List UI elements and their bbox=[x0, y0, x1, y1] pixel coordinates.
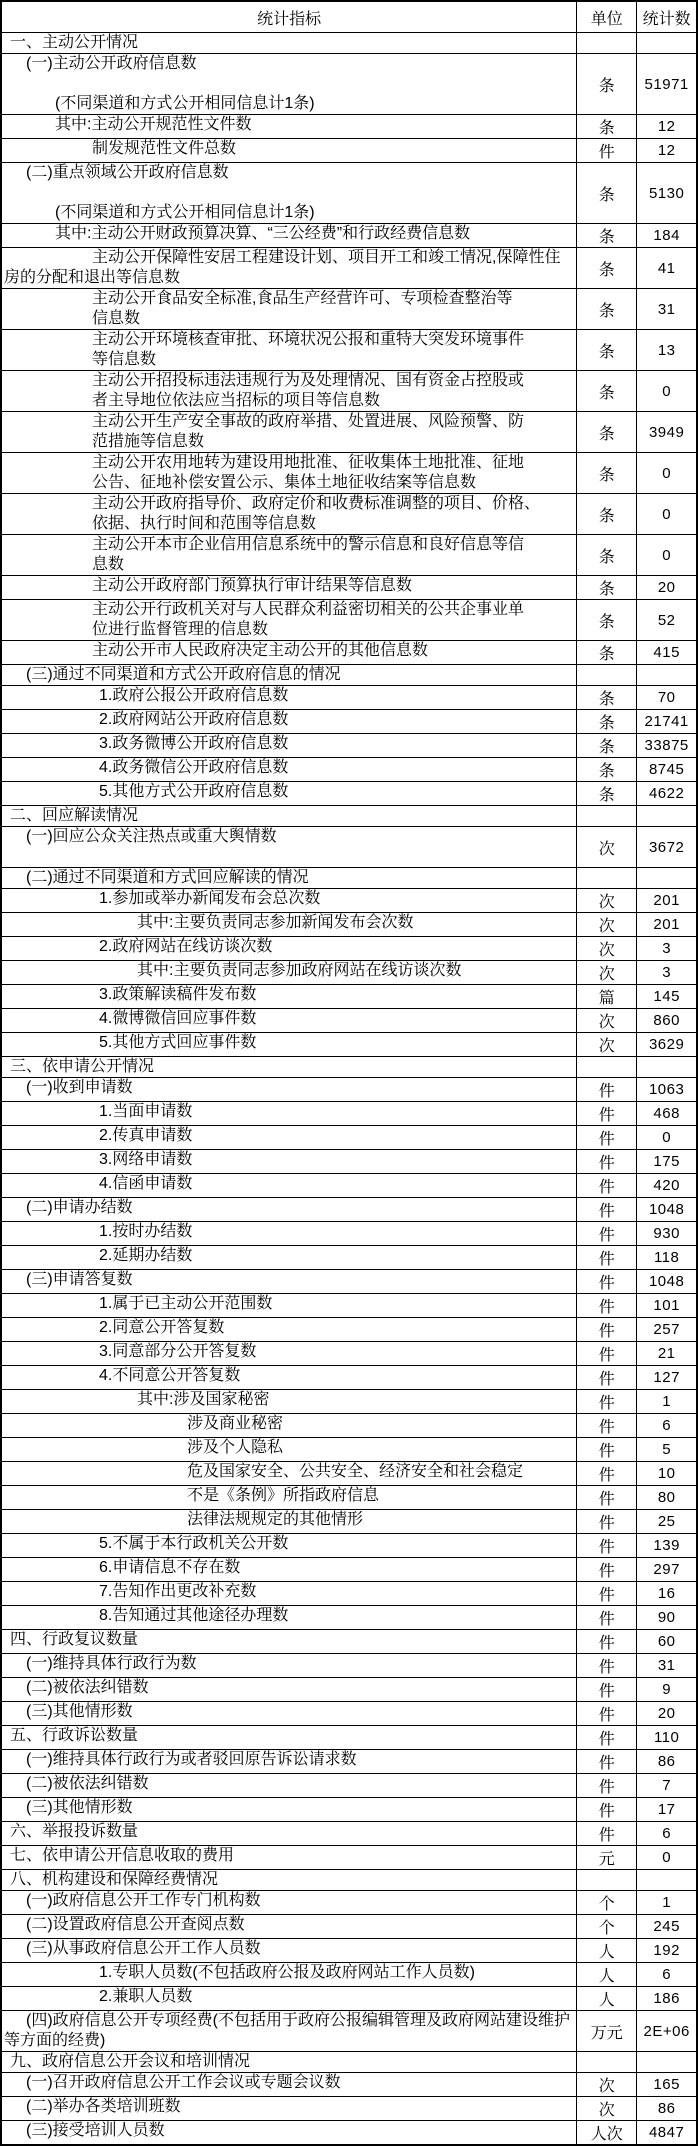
indicator-line: (二)举办各类培训班数 bbox=[2, 2097, 576, 2117]
indicator-line: (三)其他情形数 bbox=[2, 1702, 576, 1722]
statistics-report: 统计指标 单位 统计数 一、主动公开情况(一)主动公开政府信息数(不同渠道和方式… bbox=[0, 0, 698, 2146]
unit-cell bbox=[577, 2052, 637, 2073]
table-row: 主动公开市人民政府决定主动公开的其他信息数条415 bbox=[1, 641, 697, 665]
indicator-line: 1.政府公报公开政府信息数 bbox=[2, 686, 576, 706]
value-cell: 5 bbox=[637, 1438, 697, 1462]
indicator-line: (三)接受培训人员数 bbox=[2, 2121, 576, 2141]
unit-cell bbox=[577, 1057, 637, 1078]
table-row: 二、回应解读情况 bbox=[1, 806, 697, 827]
indicator-line: 主动公开市人民政府决定主动公开的其他信息数 bbox=[2, 641, 576, 661]
unit-cell: 条 bbox=[577, 576, 637, 600]
indicator-line: 2.传真申请数 bbox=[2, 1126, 576, 1146]
indicator-line: (一)回应公众关注热点或重大舆情数 bbox=[2, 827, 576, 847]
indicator-line: 主动公开行政机关对与人民群众利益密切相关的公共企事业单 bbox=[2, 600, 576, 620]
table-row: 九、政府信息公开会议和培训情况 bbox=[1, 2052, 697, 2073]
unit-cell: 条 bbox=[577, 758, 637, 782]
indicator-cell: (一)召开政府信息公开工作会议或专题会议数 bbox=[1, 2073, 577, 2097]
table-row: (一)维持具体行政行为或者驳回原告诉讼请求数件86 bbox=[1, 1750, 697, 1774]
indicator-line: 2.延期办结数 bbox=[2, 1246, 576, 1266]
value-cell: 0 bbox=[637, 1846, 697, 1870]
indicator-cell: 主动公开食品安全标准,食品生产经营许可、专项检查整治等信息数 bbox=[1, 289, 577, 330]
indicator-cell: 其中:主要负责同志参加政府网站在线访谈次数 bbox=[1, 961, 577, 985]
value-cell: 1048 bbox=[637, 1198, 697, 1222]
indicator-line: 4.微博微信回应事件数 bbox=[2, 1009, 576, 1029]
indicator-line: 6.申请信息不存在数 bbox=[2, 1558, 576, 1578]
value-cell: 52 bbox=[637, 600, 697, 641]
value-cell: 21 bbox=[637, 1342, 697, 1366]
indicator-line: 5.其他方式回应事件数 bbox=[2, 1033, 576, 1053]
indicator-line: (一)召开政府信息公开工作会议或专题会议数 bbox=[2, 2073, 576, 2093]
unit-cell: 件 bbox=[577, 1534, 637, 1558]
indicator-line: 主动公开保障性安居工程建设计划、项目开工和竣工情况,保障性住 bbox=[2, 248, 576, 268]
indicator-cell: 4.微博微信回应事件数 bbox=[1, 1009, 577, 1033]
indicator-cell: 2.同意公开答复数 bbox=[1, 1318, 577, 1342]
value-cell: 90 bbox=[637, 1606, 697, 1630]
table-row: 1.当面申请数件468 bbox=[1, 1102, 697, 1126]
value-cell: 139 bbox=[637, 1534, 697, 1558]
table-row: (二)举办各类培训班数次86 bbox=[1, 2097, 697, 2121]
unit-cell: 条 bbox=[577, 535, 637, 576]
indicator-line: 涉及个人隐私 bbox=[2, 1438, 576, 1458]
indicator-cell: 3.政策解读稿件发布数 bbox=[1, 985, 577, 1009]
unit-cell: 件 bbox=[577, 1438, 637, 1462]
indicator-cell: 1.专职人员数(不包括政府公报及政府网站工作人员数) bbox=[1, 1963, 577, 1987]
indicator-cell: 三、依申请公开情况 bbox=[1, 1057, 577, 1078]
indicator-line: 其中:主动公开规范性文件数 bbox=[2, 115, 576, 135]
value-cell: 0 bbox=[637, 1126, 697, 1150]
value-cell: 1 bbox=[637, 1891, 697, 1915]
value-cell: 201 bbox=[637, 913, 697, 937]
table-row: (二)被依法纠错数件7 bbox=[1, 1774, 697, 1798]
unit-cell: 人 bbox=[577, 1987, 637, 2011]
indicator-cell: (二)申请办结数 bbox=[1, 1198, 577, 1222]
indicator-line: 一、主动公开情况 bbox=[2, 33, 576, 53]
header-row: 统计指标 单位 统计数 bbox=[1, 1, 697, 33]
indicator-line: 4.信函申请数 bbox=[2, 1174, 576, 1194]
value-cell: 192 bbox=[637, 1939, 697, 1963]
unit-cell: 万元 bbox=[577, 2011, 637, 2052]
unit-cell: 件 bbox=[577, 1702, 637, 1726]
indicator-line: 其中:主要负责同志参加新闻发布会次数 bbox=[2, 913, 576, 933]
indicator-line: (三)申请答复数 bbox=[2, 1270, 576, 1290]
indicator-line: 1.属于已主动公开范围数 bbox=[2, 1294, 576, 1314]
indicator-line: 其中:主动公开财政预算决算、“三公经费”和行政经费信息数 bbox=[2, 224, 576, 244]
value-cell: 145 bbox=[637, 985, 697, 1009]
indicator-line: 制发规范性文件总数 bbox=[2, 139, 576, 159]
indicator-cell: 1.参加或举办新闻发布会总次数 bbox=[1, 889, 577, 913]
header-count: 统计数 bbox=[637, 1, 697, 33]
table-row: 5.其他方式公开政府信息数条4622 bbox=[1, 782, 697, 806]
unit-cell: 条 bbox=[577, 494, 637, 535]
table-row: (一)主动公开政府信息数(不同渠道和方式公开相同信息计1条)条51971 bbox=[1, 54, 697, 115]
table-row: 其中:主动公开规范性文件数条12 bbox=[1, 115, 697, 139]
indicator-cell: 5.其他方式回应事件数 bbox=[1, 1033, 577, 1057]
indicator-line: 者主导地位依法应当招标的项目等信息数 bbox=[2, 391, 576, 411]
indicator-cell: (一)收到申请数 bbox=[1, 1078, 577, 1102]
unit-cell: 条 bbox=[577, 115, 637, 139]
indicator-cell: 主动公开政府部门预算执行审计结果等信息数 bbox=[1, 576, 577, 600]
indicator-line: 公告、征地补偿安置公示、集体土地征收结案等信息数 bbox=[2, 473, 576, 493]
table-row: (三)从事政府信息公开工作人员数人192 bbox=[1, 1939, 697, 1963]
indicator-cell: (二)被依法纠错数 bbox=[1, 1774, 577, 1798]
table-row: 涉及个人隐私件5 bbox=[1, 1438, 697, 1462]
value-cell: 297 bbox=[637, 1558, 697, 1582]
table-row: (二)设置政府信息公开查阅点数个245 bbox=[1, 1915, 697, 1939]
unit-cell: 件 bbox=[577, 1510, 637, 1534]
value-cell: 930 bbox=[637, 1222, 697, 1246]
table-row: 8.告知通过其他途径办理数件90 bbox=[1, 1606, 697, 1630]
indicator-cell: (三)从事政府信息公开工作人员数 bbox=[1, 1939, 577, 1963]
indicator-line: 5.不属于本行政机关公开数 bbox=[2, 1534, 576, 1554]
value-cell bbox=[637, 1057, 697, 1078]
indicator-cell: 法律法规规定的其他情形 bbox=[1, 1510, 577, 1534]
indicator-cell: 2.兼职人员数 bbox=[1, 1987, 577, 2011]
indicator-line: (二)被依法纠错数 bbox=[2, 1678, 576, 1698]
indicator-line: (二)重点领域公开政府信息数 bbox=[2, 163, 576, 183]
indicator-cell: 2.政府网站在线访谈次数 bbox=[1, 937, 577, 961]
unit-cell: 条 bbox=[577, 734, 637, 758]
unit-cell: 件 bbox=[577, 1678, 637, 1702]
stats-table: 统计指标 单位 统计数 一、主动公开情况(一)主动公开政府信息数(不同渠道和方式… bbox=[0, 0, 698, 2146]
indicator-line: 3.同意部分公开答复数 bbox=[2, 1342, 576, 1362]
value-cell: 6 bbox=[637, 1414, 697, 1438]
value-cell: 86 bbox=[637, 1750, 697, 1774]
unit-cell: 个 bbox=[577, 1891, 637, 1915]
table-row: 主动公开食品安全标准,食品生产经营许可、专项检查整治等信息数条31 bbox=[1, 289, 697, 330]
indicator-line: (不同渠道和方式公开相同信息计1条) bbox=[2, 203, 576, 223]
value-cell bbox=[637, 665, 697, 686]
table-row: 七、依申请公开信息收取的费用元0 bbox=[1, 1846, 697, 1870]
table-row: 1.参加或举办新闻发布会总次数次201 bbox=[1, 889, 697, 913]
indicator-cell: (二)通过不同渠道和方式回应解读的情况 bbox=[1, 868, 577, 889]
unit-cell: 件 bbox=[577, 1822, 637, 1846]
value-cell: 118 bbox=[637, 1246, 697, 1270]
table-row: 其中:涉及国家秘密件1 bbox=[1, 1390, 697, 1414]
value-cell: 0 bbox=[637, 371, 697, 412]
indicator-cell: (二)重点领域公开政府信息数(不同渠道和方式公开相同信息计1条) bbox=[1, 163, 577, 224]
indicator-cell: 4.信函申请数 bbox=[1, 1174, 577, 1198]
value-cell: 60 bbox=[637, 1630, 697, 1654]
unit-cell: 次 bbox=[577, 913, 637, 937]
table-row: 八、机构建设和保障经费情况 bbox=[1, 1870, 697, 1891]
value-cell: 17 bbox=[637, 1798, 697, 1822]
value-cell: 110 bbox=[637, 1726, 697, 1750]
indicator-line bbox=[2, 74, 576, 94]
unit-cell: 件 bbox=[577, 1246, 637, 1270]
value-cell: 468 bbox=[637, 1102, 697, 1126]
value-cell bbox=[637, 33, 697, 54]
value-cell: 3629 bbox=[637, 1033, 697, 1057]
value-cell: 7 bbox=[637, 1774, 697, 1798]
value-cell: 70 bbox=[637, 686, 697, 710]
unit-cell: 条 bbox=[577, 412, 637, 453]
table-row: 主动公开行政机关对与人民群众利益密切相关的公共企事业单位进行监督管理的信息数条5… bbox=[1, 600, 697, 641]
value-cell: 25 bbox=[637, 1510, 697, 1534]
indicator-cell: 制发规范性文件总数 bbox=[1, 139, 577, 163]
value-cell: 2E+06 bbox=[637, 2011, 697, 2052]
unit-cell: 件 bbox=[577, 1750, 637, 1774]
indicator-cell: 主动公开招投标违法违规行为及处理情况、国有资金占控股或者主导地位依法应当招标的项… bbox=[1, 371, 577, 412]
unit-cell: 条 bbox=[577, 686, 637, 710]
indicator-cell: (三)其他情形数 bbox=[1, 1702, 577, 1726]
table-row: 主动公开招投标违法违规行为及处理情况、国有资金占控股或者主导地位依法应当招标的项… bbox=[1, 371, 697, 412]
indicator-cell: (四)政府信息公开专项经费(不包括用于政府公报编辑管理及政府网站建设维护等方面的… bbox=[1, 2011, 577, 2052]
unit-cell: 件 bbox=[577, 1654, 637, 1678]
table-row: 主动公开环境核查审批、环境状况公报和重特大突发环境事件等信息数条13 bbox=[1, 330, 697, 371]
table-row: (二)重点领域公开政府信息数(不同渠道和方式公开相同信息计1条)条5130 bbox=[1, 163, 697, 224]
unit-cell: 件 bbox=[577, 1774, 637, 1798]
unit-cell: 人次 bbox=[577, 2121, 637, 2146]
indicator-line: 危及国家安全、公共安全、经济安全和社会稳定 bbox=[2, 1462, 576, 1482]
unit-cell: 次 bbox=[577, 1009, 637, 1033]
value-cell: 4622 bbox=[637, 782, 697, 806]
table-row: 不是《条例》所指政府信息件80 bbox=[1, 1486, 697, 1510]
indicator-line: 1.按时办结数 bbox=[2, 1222, 576, 1242]
table-row: 主动公开农用地转为建设用地批准、征收集体土地批准、征地公告、征地补偿安置公示、集… bbox=[1, 453, 697, 494]
indicator-cell: 5.不属于本行政机关公开数 bbox=[1, 1534, 577, 1558]
table-row: 2.兼职人员数人186 bbox=[1, 1987, 697, 2011]
indicator-line: 位进行监督管理的信息数 bbox=[2, 620, 576, 640]
indicator-cell: 1.当面申请数 bbox=[1, 1102, 577, 1126]
indicator-line: 不是《条例》所指政府信息 bbox=[2, 1486, 576, 1506]
table-row: 其中:主动公开财政预算决算、“三公经费”和行政经费信息数条184 bbox=[1, 224, 697, 248]
value-cell: 3949 bbox=[637, 412, 697, 453]
indicator-cell: 其中:主动公开财政预算决算、“三公经费”和行政经费信息数 bbox=[1, 224, 577, 248]
indicator-line: (一)政府信息公开工作专门机构数 bbox=[2, 1891, 576, 1911]
table-row: 2.同意公开答复数件257 bbox=[1, 1318, 697, 1342]
indicator-line: 涉及商业秘密 bbox=[2, 1414, 576, 1434]
indicator-cell: 主动公开本市企业信用信息系统中的警示信息和良好信息等信息数 bbox=[1, 535, 577, 576]
unit-cell: 件 bbox=[577, 1198, 637, 1222]
value-cell: 10 bbox=[637, 1462, 697, 1486]
indicator-line bbox=[2, 183, 576, 203]
unit-cell: 元 bbox=[577, 1846, 637, 1870]
indicator-cell: 六、举报投诉数量 bbox=[1, 1822, 577, 1846]
indicator-cell: (二)设置政府信息公开查阅点数 bbox=[1, 1915, 577, 1939]
indicator-line: 四、行政复议数量 bbox=[2, 1630, 576, 1650]
value-cell: 20 bbox=[637, 576, 697, 600]
value-cell: 415 bbox=[637, 641, 697, 665]
value-cell bbox=[637, 806, 697, 827]
indicator-line: 三、依申请公开情况 bbox=[2, 1057, 576, 1077]
unit-cell: 条 bbox=[577, 782, 637, 806]
table-row: 主动公开政府部门预算执行审计结果等信息数条20 bbox=[1, 576, 697, 600]
indicator-line: 依据、执行时间和范围等信息数 bbox=[2, 514, 576, 534]
indicator-line: (二)申请办结数 bbox=[2, 1198, 576, 1218]
value-cell: 0 bbox=[637, 494, 697, 535]
indicator-cell: 主动公开环境核查审批、环境状况公报和重特大突发环境事件等信息数 bbox=[1, 330, 577, 371]
unit-cell: 次 bbox=[577, 937, 637, 961]
unit-cell: 件 bbox=[577, 1606, 637, 1630]
indicator-line: 2.政府网站在线访谈次数 bbox=[2, 937, 576, 957]
indicator-cell: 3.同意部分公开答复数 bbox=[1, 1342, 577, 1366]
value-cell: 31 bbox=[637, 1654, 697, 1678]
table-row: 4.政务微信公开政府信息数条8745 bbox=[1, 758, 697, 782]
value-cell bbox=[637, 868, 697, 889]
value-cell: 6 bbox=[637, 1822, 697, 1846]
table-row: 5.其他方式回应事件数次3629 bbox=[1, 1033, 697, 1057]
table-row: 制发规范性文件总数件12 bbox=[1, 139, 697, 163]
indicator-cell: 2.传真申请数 bbox=[1, 1126, 577, 1150]
indicator-cell: 主动公开农用地转为建设用地批准、征收集体土地批准、征地公告、征地补偿安置公示、集… bbox=[1, 453, 577, 494]
unit-cell: 件 bbox=[577, 1318, 637, 1342]
indicator-line: (一)维持具体行政行为或者驳回原告诉讼请求数 bbox=[2, 1750, 576, 1770]
value-cell: 1 bbox=[637, 1390, 697, 1414]
indicator-line: 主动公开招投标违法违规行为及处理情况、国有资金占控股或 bbox=[2, 371, 576, 391]
value-cell: 175 bbox=[637, 1150, 697, 1174]
table-row: 六、举报投诉数量件6 bbox=[1, 1822, 697, 1846]
value-cell: 33875 bbox=[637, 734, 697, 758]
stats-table-body: 一、主动公开情况(一)主动公开政府信息数(不同渠道和方式公开相同信息计1条)条5… bbox=[1, 33, 697, 2146]
indicator-cell: (一)政府信息公开工作专门机构数 bbox=[1, 1891, 577, 1915]
table-row: 1.专职人员数(不包括政府公报及政府网站工作人员数)人6 bbox=[1, 1963, 697, 1987]
value-cell: 12 bbox=[637, 115, 697, 139]
indicator-cell: 涉及商业秘密 bbox=[1, 1414, 577, 1438]
indicator-line: 六、举报投诉数量 bbox=[2, 1822, 576, 1842]
unit-cell: 件 bbox=[577, 1366, 637, 1390]
unit-cell: 件 bbox=[577, 1078, 637, 1102]
value-cell: 80 bbox=[637, 1486, 697, 1510]
unit-cell: 件 bbox=[577, 1342, 637, 1366]
table-row: (一)召开政府信息公开工作会议或专题会议数次165 bbox=[1, 2073, 697, 2097]
indicator-cell: 主动公开生产安全事故的政府举措、处置进展、风险预警、防范措施等信息数 bbox=[1, 412, 577, 453]
table-row: 3.政务微博公开政府信息数条33875 bbox=[1, 734, 697, 758]
unit-cell: 条 bbox=[577, 330, 637, 371]
table-row: 3.政策解读稿件发布数篇145 bbox=[1, 985, 697, 1009]
value-cell: 86 bbox=[637, 2097, 697, 2121]
indicator-cell: 2.延期办结数 bbox=[1, 1246, 577, 1270]
unit-cell bbox=[577, 1870, 637, 1891]
table-row: (三)接受培训人员数人次4847 bbox=[1, 2121, 697, 2146]
unit-cell: 次 bbox=[577, 889, 637, 913]
table-row: 4.不同意公开答复数件127 bbox=[1, 1366, 697, 1390]
value-cell: 6 bbox=[637, 1963, 697, 1987]
indicator-cell: (一)主动公开政府信息数(不同渠道和方式公开相同信息计1条) bbox=[1, 54, 577, 115]
table-row: 三、依申请公开情况 bbox=[1, 1057, 697, 1078]
table-row: 3.网络申请数件175 bbox=[1, 1150, 697, 1174]
indicator-cell: (三)其他情形数 bbox=[1, 1798, 577, 1822]
table-row: 主动公开政府指导价、政府定价和收费标准调整的项目、价格、依据、执行时间和范围等信… bbox=[1, 494, 697, 535]
value-cell: 245 bbox=[637, 1915, 697, 1939]
unit-cell: 次 bbox=[577, 827, 637, 868]
unit-cell: 人 bbox=[577, 1963, 637, 1987]
table-row: 4.信函申请数件420 bbox=[1, 1174, 697, 1198]
table-row: 2.传真申请数件0 bbox=[1, 1126, 697, 1150]
unit-cell: 件 bbox=[577, 1222, 637, 1246]
indicator-line: 3.政策解读稿件发布数 bbox=[2, 985, 576, 1005]
indicator-line: 3.政务微博公开政府信息数 bbox=[2, 734, 576, 754]
unit-cell: 次 bbox=[577, 2073, 637, 2097]
indicator-cell: 二、回应解读情况 bbox=[1, 806, 577, 827]
table-row: 1.政府公报公开政府信息数条70 bbox=[1, 686, 697, 710]
value-cell: 9 bbox=[637, 1678, 697, 1702]
indicator-line: 法律法规规定的其他情形 bbox=[2, 1510, 576, 1530]
unit-cell: 件 bbox=[577, 139, 637, 163]
indicator-line: 等信息数 bbox=[2, 350, 576, 370]
indicator-line: (一)主动公开政府信息数 bbox=[2, 54, 576, 74]
indicator-cell: (二)举办各类培训班数 bbox=[1, 2097, 577, 2121]
value-cell bbox=[637, 2052, 697, 2073]
unit-cell: 件 bbox=[577, 1558, 637, 1582]
indicator-cell: 一、主动公开情况 bbox=[1, 33, 577, 54]
indicator-line: (一)收到申请数 bbox=[2, 1078, 576, 1098]
indicator-line: 其中:主要负责同志参加政府网站在线访谈次数 bbox=[2, 961, 576, 981]
table-row: 其中:主要负责同志参加政府网站在线访谈次数次3 bbox=[1, 961, 697, 985]
unit-cell: 件 bbox=[577, 1294, 637, 1318]
indicator-cell: 八、机构建设和保障经费情况 bbox=[1, 1870, 577, 1891]
table-row: (四)政府信息公开专项经费(不包括用于政府公报编辑管理及政府网站建设维护等方面的… bbox=[1, 2011, 697, 2052]
indicator-cell: 4.政务微信公开政府信息数 bbox=[1, 758, 577, 782]
indicator-line: 5.其他方式公开政府信息数 bbox=[2, 782, 576, 802]
table-row: 4.微博微信回应事件数次860 bbox=[1, 1009, 697, 1033]
indicator-line: 主动公开生产安全事故的政府举措、处置进展、风险预警、防 bbox=[2, 412, 576, 432]
table-row: 法律法规规定的其他情形件25 bbox=[1, 1510, 697, 1534]
indicator-line: 2.同意公开答复数 bbox=[2, 1318, 576, 1338]
header-unit: 单位 bbox=[577, 1, 637, 33]
table-row: 主动公开本市企业信用信息系统中的警示信息和良好信息等信息数条0 bbox=[1, 535, 697, 576]
unit-cell: 人 bbox=[577, 1939, 637, 1963]
indicator-cell: 九、政府信息公开会议和培训情况 bbox=[1, 2052, 577, 2073]
value-cell: 0 bbox=[637, 453, 697, 494]
table-row: 6.申请信息不存在数件297 bbox=[1, 1558, 697, 1582]
table-row: 3.同意部分公开答复数件21 bbox=[1, 1342, 697, 1366]
indicator-line: 主动公开食品安全标准,食品生产经营许可、专项检查整治等 bbox=[2, 289, 576, 309]
table-row: 7.告知作出更改补充数件16 bbox=[1, 1582, 697, 1606]
indicator-cell: (一)维持具体行政行为或者驳回原告诉讼请求数 bbox=[1, 1750, 577, 1774]
indicator-cell: 7.告知作出更改补充数 bbox=[1, 1582, 577, 1606]
header-indicator: 统计指标 bbox=[1, 1, 577, 33]
value-cell: 127 bbox=[637, 1366, 697, 1390]
indicator-line: 1.参加或举办新闻发布会总次数 bbox=[2, 889, 576, 909]
value-cell: 3 bbox=[637, 937, 697, 961]
indicator-cell: 七、依申请公开信息收取的费用 bbox=[1, 1846, 577, 1870]
table-row: 四、行政复议数量件60 bbox=[1, 1630, 697, 1654]
indicator-line: 息数 bbox=[2, 555, 576, 575]
value-cell: 4847 bbox=[637, 2121, 697, 2146]
unit-cell: 件 bbox=[577, 1390, 637, 1414]
indicator-line: 4.政务微信公开政府信息数 bbox=[2, 758, 576, 778]
table-row: 2.政府网站在线访谈次数次3 bbox=[1, 937, 697, 961]
indicator-line: 3.网络申请数 bbox=[2, 1150, 576, 1170]
value-cell: 21741 bbox=[637, 710, 697, 734]
indicator-cell: 1.属于已主动公开范围数 bbox=[1, 1294, 577, 1318]
indicator-line: (一)维持具体行政行为数 bbox=[2, 1654, 576, 1674]
unit-cell: 件 bbox=[577, 1798, 637, 1822]
indicator-cell: 主动公开行政机关对与人民群众利益密切相关的公共企事业单位进行监督管理的信息数 bbox=[1, 600, 577, 641]
table-row: (一)收到申请数件1063 bbox=[1, 1078, 697, 1102]
indicator-cell: 危及国家安全、公共安全、经济安全和社会稳定 bbox=[1, 1462, 577, 1486]
indicator-line: (三)通过不同渠道和方式公开政府信息的情况 bbox=[2, 665, 576, 685]
indicator-line: 二、回应解读情况 bbox=[2, 806, 576, 826]
indicator-cell: 2.政府网站公开政府信息数 bbox=[1, 710, 577, 734]
table-row: 一、主动公开情况 bbox=[1, 33, 697, 54]
table-row: (三)通过不同渠道和方式公开政府信息的情况 bbox=[1, 665, 697, 686]
table-row: 危及国家安全、公共安全、经济安全和社会稳定件10 bbox=[1, 1462, 697, 1486]
unit-cell: 次 bbox=[577, 961, 637, 985]
indicator-cell: 主动公开保障性安居工程建设计划、项目开工和竣工情况,保障性住房的分配和退出等信息… bbox=[1, 248, 577, 289]
indicator-cell: (三)通过不同渠道和方式公开政府信息的情况 bbox=[1, 665, 577, 686]
table-row: 2.延期办结数件118 bbox=[1, 1246, 697, 1270]
value-cell: 13 bbox=[637, 330, 697, 371]
table-row: 5.不属于本行政机关公开数件139 bbox=[1, 1534, 697, 1558]
unit-cell: 件 bbox=[577, 1126, 637, 1150]
indicator-line: 信息数 bbox=[2, 309, 576, 329]
unit-cell: 篇 bbox=[577, 985, 637, 1009]
indicator-line: 其中:涉及国家秘密 bbox=[2, 1390, 576, 1410]
indicator-line: 7.告知作出更改补充数 bbox=[2, 1582, 576, 1602]
unit-cell: 件 bbox=[577, 1174, 637, 1198]
value-cell: 51971 bbox=[637, 54, 697, 115]
